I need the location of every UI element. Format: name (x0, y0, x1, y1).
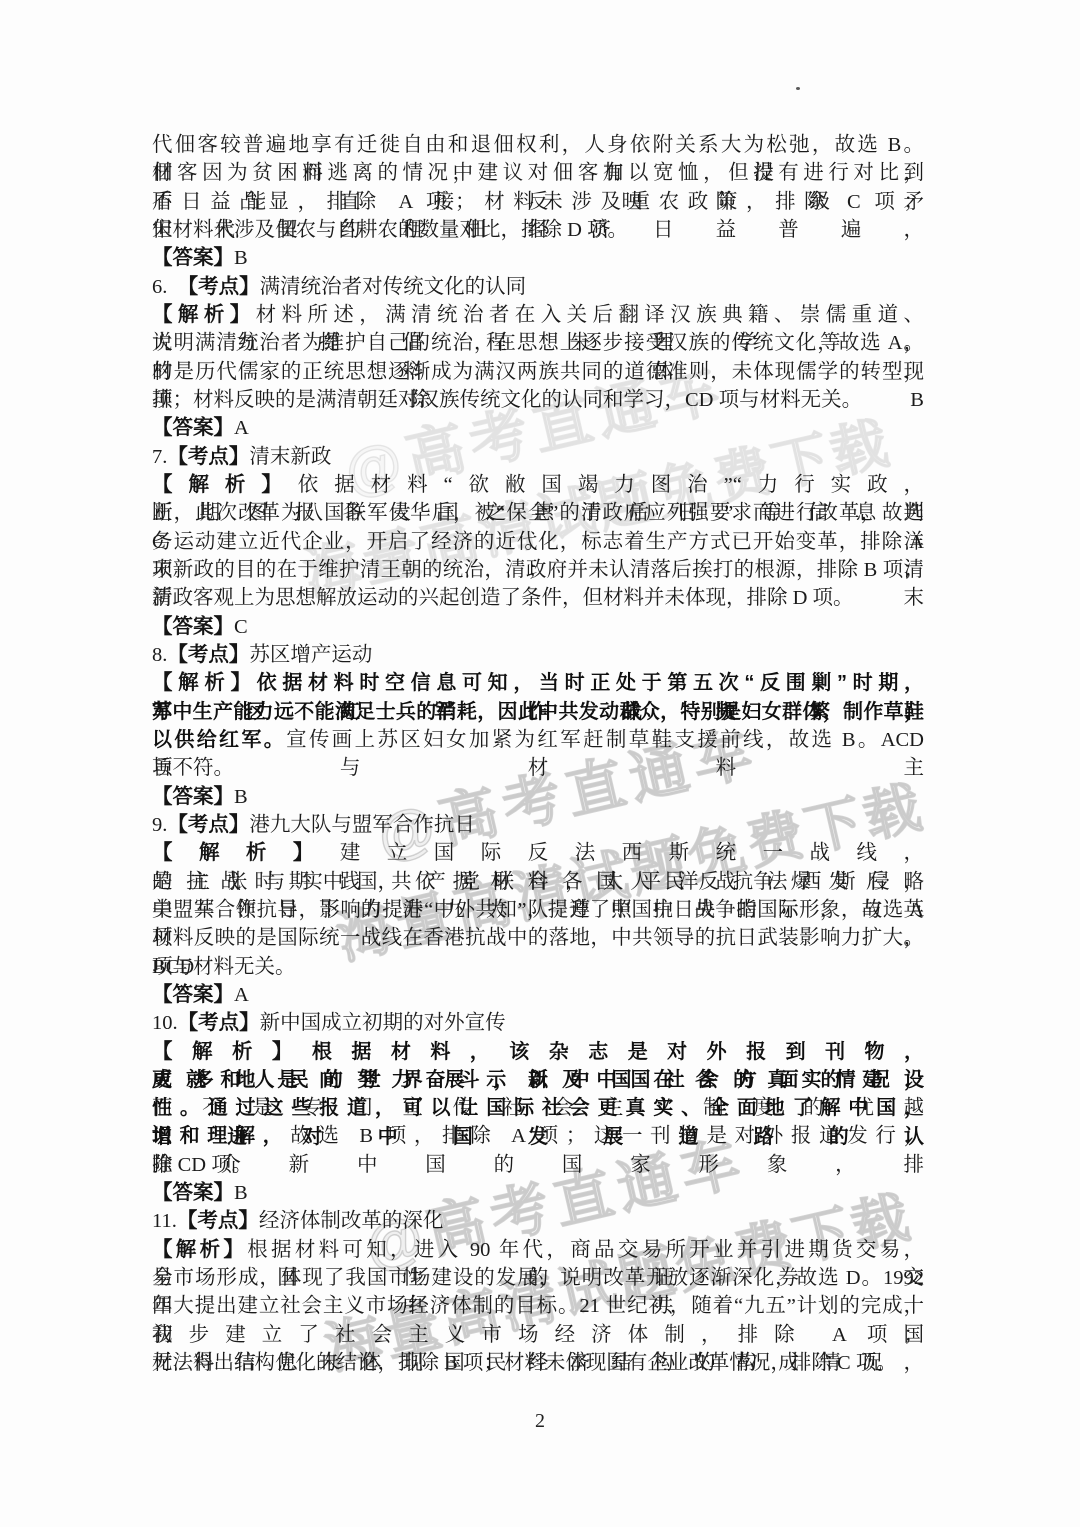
bracket-label: 【解析】 (152, 1041, 312, 1063)
text-run: 9. (152, 814, 167, 836)
text-line-q10-3: 成就和人民的努力奋斗，以及中国社会的真实情况，而不是专门宣传社会主义制度的优越 (152, 1066, 924, 1094)
text-run: C (234, 616, 248, 638)
text-line-q8-2: 【解析】依据材料时空信息可知，当时正处于第五次“反围剿”时期，苏区红军作战频繁， (152, 669, 924, 697)
bracket-label: 【解析】 (152, 842, 340, 864)
text-run: 10. (152, 1012, 178, 1034)
bracket-label: 【解析】 (152, 474, 298, 496)
text-line-q8-4: 以供给红军。宣传画上苏区妇女加紧为红军赶制草鞋支援前线，故选 B。ACD 项与材… (152, 726, 924, 754)
text-run: 7. (152, 446, 167, 468)
text-run: B (234, 786, 248, 808)
text-run: 军中生产能力远不能满足士兵的消耗，因此中共发动群众，特别是妇女群体，制作草鞋 (152, 701, 924, 723)
text-run: 满清统治者对传统文化的认同 (260, 276, 527, 298)
text-line-q10-2: 【解析】根据材料，该杂志是对外报到刊物，更多地是向世界展示新中国在各方面的建设 (152, 1038, 924, 1066)
text-line-q6-6: 【答案】A (152, 414, 924, 442)
text-line-q9-2: 【解析】建立国际反法西斯统一战线，是抗战时期中国共产党联合各国人民反抗法西斯侵略 (152, 839, 924, 867)
text-run: 项与材料无关。 (152, 956, 296, 978)
page-number: 2 (0, 1410, 1080, 1433)
text-line-q7-6: 新政客观上为思想解放运动的兴起创造了条件，但材料并未体现，排除 D 项。 (152, 584, 924, 612)
text-line-q11-1: 11.【考点】经济体制改革的深化 (152, 1207, 924, 1235)
text-line-q5-2: 佃客因为贫困而逃离的情况，建议对佃客加以宽恤，但没有进行对比，不能直接反映阶级矛 (152, 159, 924, 187)
bracket-label: 【答案】 (152, 1182, 234, 1204)
text-run: A (234, 417, 249, 439)
text-run: A (234, 984, 249, 1006)
text-line-q8-1: 8.【考点】苏区增产运动 (152, 641, 924, 669)
text-run: 但材料未涉及佃农与自耕农的数量对比，排除 D 项。 (152, 219, 628, 241)
text-run: 旨不符。 (152, 757, 234, 779)
text-run: 新中国成立初期的对外宣传 (260, 1012, 506, 1034)
text-run: 11. (152, 1210, 177, 1232)
text-line-q5-1: 代佃客较普遍地享有迁徙自由和退佃权利，人身依附关系大为松弛，故选 B。材料中有提… (152, 131, 924, 159)
text-run: 苏区增产运动 (249, 644, 372, 666)
text-line-q7-3: 断，此次改革为八国联军侵华后，被“保全”的清政府应列强要求而进行改革，故选 C。… (152, 499, 924, 527)
text-run: B (234, 247, 248, 269)
bracket-label: 【考点】 (178, 1012, 260, 1034)
bracket-label: 【考点】 (167, 644, 249, 666)
text-run: 项；材料反映的是满清朝廷对汉族传统文化的认同和学习，CD 项与材料无关。 (152, 389, 862, 411)
bracket-label: 【解析】 (152, 304, 256, 326)
bracket-label: 【答案】 (152, 786, 234, 808)
text-run: 8. (152, 644, 167, 666)
answer-key-text-block: 代佃客较普遍地享有迁徙自由和退佃权利，人身依附关系大为松弛，故选 B。材料中有提… (152, 131, 924, 1377)
bracket-label: 【考点】 (167, 446, 249, 468)
text-run: B (234, 1182, 248, 1204)
text-line-q7-2: 【解析】依据材料“欲敝国竭力图治”“力行实政，正期图报各大国之惠于后日”等信息判 (152, 471, 924, 499)
text-run: 经济体制改革的深化 (259, 1210, 444, 1232)
text-line-q5-3: 盾日益凸显，排除 A 项；材料未涉及重农政策，排除 C 项；宋代契约租佃经济日益… (152, 188, 924, 216)
text-line-q11-6: 无法得出结构优化的结论，排除 B 项；材料未体现国有企业改革情况，排除 C 项。 (152, 1349, 924, 1377)
text-run: 6. (152, 276, 188, 298)
text-run: 港九大队与盟军合作抗日 (249, 814, 475, 836)
text-line-q8-6: 【答案】B (152, 783, 924, 811)
text-line-q9-5: 材料反映的是国际统一战线在香港抗战中的落地，中共领导的抗日武装影响力扩大，BCD (152, 924, 924, 952)
text-run: 无法得出结构优化的结论，排除 B 项；材料未体现国有企业改革情况，排除 C 项。 (152, 1352, 897, 1374)
bracket-label: 【解析】 (152, 672, 257, 694)
text-line-q10-4: 性。通过这些报道，可以让国际社会更真实、全面地了解中国，增进对中国发展道路的认 (152, 1094, 924, 1122)
text-line-q6-3: 说明满清统治者为维护自己的统治，在思想上逐步接受汉族的传统文化，故选 A。材料体… (152, 329, 924, 357)
bracket-label: 【考点】 (167, 814, 249, 836)
text-line-q11-2: 【解析】根据材料可知，进入 90 年代，商品交易所开业并引进期货交易，全国性的证… (152, 1236, 924, 1264)
text-line-q6-5: 项；材料反映的是满清朝廷对汉族传统文化的认同和学习，CD 项与材料无关。 (152, 386, 924, 414)
bracket-label: 【答案】 (152, 417, 234, 439)
text-line-q11-4: 四大提出建立社会主义市场经济体制的目标。21 世纪初，随着“九五”计划的完成，我… (152, 1292, 924, 1320)
text-line-q7-1: 7.【考点】清末新政 (152, 443, 924, 471)
text-line-q9-7: 【答案】A (152, 981, 924, 1009)
bracket-label: 【答案】 (152, 247, 234, 269)
text-line-q9-1: 9.【考点】港九大队与盟军合作抗日 (152, 811, 924, 839)
text-line-q11-5: 初步建立了社会主义市场经济体制，排除 A 项；材料信息未体现国民经济结构的构成情… (152, 1321, 924, 1349)
text-run: 以供给红军。 (152, 729, 286, 751)
bracket-label: 【答案】 (152, 984, 234, 1006)
text-line-q8-3: 军中生产能力远不能满足士兵的消耗，因此中共发动群众，特别是妇女群体，制作草鞋 (152, 698, 924, 726)
bracket-label: 【考点】 (177, 1210, 259, 1232)
bracket-label: 【解析】 (152, 1239, 247, 1261)
document-page: @高考直通车 海量高清试题免费下载 @高考直通车 海量高清试题免费下载 @高考直… (0, 0, 1080, 1527)
text-line-q10-7: 【答案】B (152, 1179, 924, 1207)
text-run: 新政客观上为思想解放运动的兴起创造了条件，但材料并未体现，排除 D 项。 (152, 587, 854, 609)
text-line-q9-6: 项与材料无关。 (152, 953, 924, 981)
text-line-q6-4: 的是历代儒家的正统思想逐渐成为满汉两族共同的道德准则，未体现儒学的转型，排除 B (152, 358, 924, 386)
text-line-q6-1: 6. 【考点】满清统治者对传统文化的认同 (152, 273, 924, 301)
text-line-q5-5: 【答案】B (152, 244, 924, 272)
bracket-label: 【答案】 (152, 616, 234, 638)
text-line-q7-7: 【答案】C (152, 613, 924, 641)
text-line-q10-1: 10.【考点】新中国成立初期的对外宣传 (152, 1009, 924, 1037)
text-run: 识和理解， (152, 1125, 290, 1147)
text-line-q6-2: 【解析】材料所述，满清统治者在入关后翻译汉族典籍、崇儒重道、大力提倡程朱理学等， (152, 301, 924, 329)
text-line-q9-4: 美盟军合作抗日，影响力提升“中外共知”，提升了中国抗日战争的国际形象，故选 A … (152, 896, 924, 924)
text-run: 除 CD 项。 (152, 1154, 252, 1176)
text-run: 成就和人民的努力奋斗，以及中国社会的真实情况， (152, 1069, 924, 1091)
scan-speck (796, 87, 800, 90)
text-line-q9-3: 的主张与实践，依据材料，太平洋战争爆发后，中共领导下的港九大队遵照中央指示，与英 (152, 868, 924, 896)
text-line-q7-4: 务运动建立近代企业，开启了经济的近代化，标志着生产方式已开始变革，排除 A 项；… (152, 528, 924, 556)
text-line-q7-5: 末新政的目的在于维护清王朝的统治，清政府并未认清落后挨打的根源，排除 B 项；清… (152, 556, 924, 584)
text-run: 清末新政 (249, 446, 331, 468)
bracket-label: 【考点】 (188, 276, 260, 298)
text-line-q10-5: 识和理解，故选 B 项，排除 A 项；这一刊物是对外报道发行，推介新中国的国家形… (152, 1122, 924, 1150)
text-line-q11-3: 易市场形成，体现了我国市场建设的发展，说明改革开放逐渐深化，故选 D。1992 … (152, 1264, 924, 1292)
